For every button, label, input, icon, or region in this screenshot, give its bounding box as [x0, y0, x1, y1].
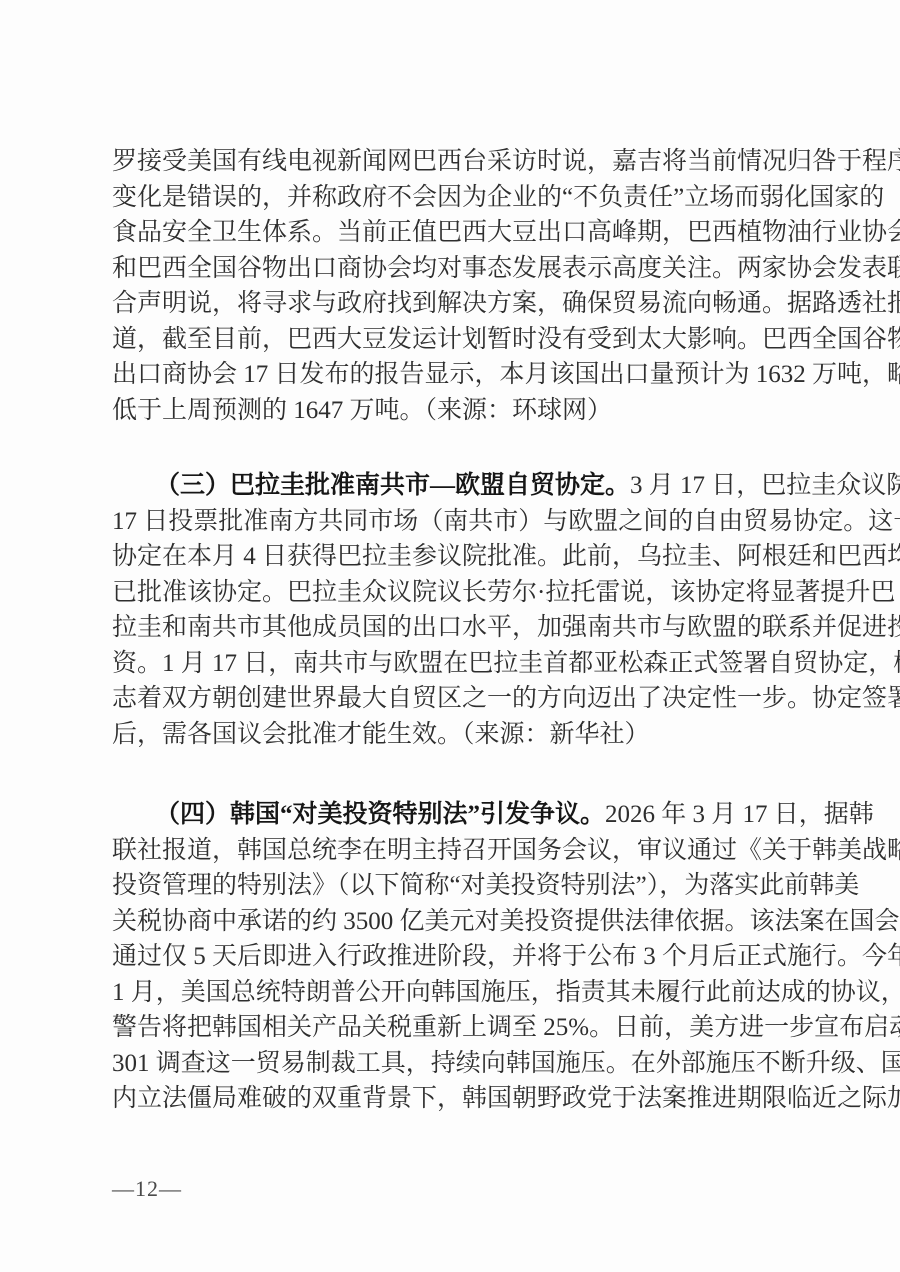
text-line: 301 调查这一贸易制裁工具，持续向韩国施压。在外部施压不断升级、国 — [112, 1046, 791, 1082]
paragraph-section-4: （四）韩国“对美投资特别法”引发争议。2026 年 3 月 17 日，据韩 联社… — [112, 797, 791, 1117]
section-heading-line: （三）巴拉圭批准南共市—欧盟自贸协定。3 月 17 日，巴拉圭众议院 — [112, 468, 791, 504]
section-heading-line-rest: 3 月 17 日，巴拉圭众议院 — [630, 472, 900, 499]
text-line: 出口商协会 17 日发布的报告显示，本月该国出口量预计为 1632 万吨，略 — [112, 357, 791, 393]
section-3-heading: （三）巴拉圭批准南共市—欧盟自贸协定。 — [155, 472, 630, 499]
text-line-paragraph-end: 后，需各国议会批准才能生效。（来源：新华社） — [112, 717, 791, 753]
section-heading-line: （四）韩国“对美投资特别法”引发争议。2026 年 3 月 17 日，据韩 — [112, 797, 791, 833]
text-line: 罗接受美国有线电视新闻网巴西台采访时说，嘉吉将当前情况归咎于程序 — [112, 144, 791, 180]
text-line: 变化是错误的，并称政府不会因为企业的“不负责任”立场而弱化国家的 — [112, 180, 791, 216]
text-line-paragraph-end: 低于上周预测的 1647 万吨。（来源：环球网） — [112, 393, 791, 429]
text-line: 联社报道，韩国总统李在明主持召开国务会议，审议通过《关于韩美战略 — [112, 833, 791, 869]
text-line: 道，截至目前，巴西大豆发运计划暂时没有受到太大影响。巴西全国谷物 — [112, 322, 791, 358]
text-line: 和巴西全国谷物出口商协会均对事态发展表示高度关注。两家协会发表联 — [112, 251, 791, 287]
page-number: —12— — [112, 1176, 182, 1202]
document-page: 罗接受美国有线电视新闻网巴西台采访时说，嘉吉将当前情况归咎于程序 变化是错误的，… — [0, 0, 900, 1272]
text-line: 食品安全卫生体系。当前正值巴西大豆出口高峰期，巴西植物油行业协会 — [112, 215, 791, 251]
paragraph-section-3: （三）巴拉圭批准南共市—欧盟自贸协定。3 月 17 日，巴拉圭众议院 17 日投… — [112, 468, 791, 752]
text-line: 通过仅 5 天后即进入行政推进阶段，并将于公布 3 个月后正式施行。今年 — [112, 939, 791, 975]
paragraph-continuation: 罗接受美国有线电视新闻网巴西台采访时说，嘉吉将当前情况归咎于程序 变化是错误的，… — [112, 144, 791, 428]
text-line: 投资管理的特别法》（以下简称“对美投资特别法”），为落实此前韩美 — [112, 868, 791, 904]
section-4-heading: （四）韩国“对美投资特别法”引发争议。 — [155, 801, 605, 828]
text-line: 已批准该协定。巴拉圭众议院议长劳尔·拉托雷说，该协定将显著提升巴 — [112, 575, 791, 611]
text-line: 17 日投票批准南方共同市场（南共市）与欧盟之间的自由贸易协定。这一 — [112, 504, 791, 540]
text-line: 关税协商中承诺的约 3500 亿美元对美投资提供法律依据。该法案在国会 — [112, 904, 791, 940]
document-text-block: 罗接受美国有线电视新闻网巴西台采访时说，嘉吉将当前情况归咎于程序 变化是错误的，… — [112, 144, 791, 1117]
text-line: 志着双方朝创建世界最大自贸区之一的方向迈出了决定性一步。协定签署 — [112, 681, 791, 717]
text-line: 资。1 月 17 日，南共市与欧盟在巴拉圭首都亚松森正式签署自贸协定，标 — [112, 646, 791, 682]
section-heading-line-rest: 2026 年 3 月 17 日，据韩 — [605, 801, 874, 828]
text-line: 警告将把韩国相关产品关税重新上调至 25%。日前，美方进一步宣布启动 — [112, 1010, 791, 1046]
text-line: 协定在本月 4 日获得巴拉圭参议院批准。此前，乌拉圭、阿根廷和巴西均 — [112, 539, 791, 575]
text-line: 内立法僵局难破的双重背景下，韩国朝野政党于法案推进期限临近之际加 — [112, 1081, 791, 1117]
text-line: 1 月，美国总统特朗普公开向韩国施压，指责其未履行此前达成的协议， — [112, 975, 791, 1011]
text-line: 合声明说，将寻求与政府找到解决方案，确保贸易流向畅通。据路透社报 — [112, 286, 791, 322]
text-line: 拉圭和南共市其他成员国的出口水平，加强南共市与欧盟的联系并促进投 — [112, 610, 791, 646]
